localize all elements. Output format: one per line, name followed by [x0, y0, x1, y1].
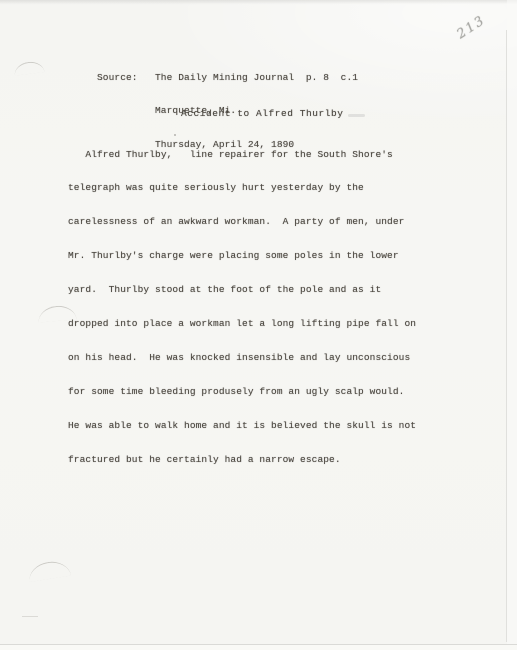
scan-top-edge-shade	[0, 0, 517, 4]
erased-text-smudge	[348, 114, 365, 117]
scan-right-edge-area	[507, 0, 517, 650]
body-line: Alfred Thurlby, line repairer for the So…	[68, 149, 416, 160]
body-line: He was able to walk home and it is belie…	[68, 420, 416, 431]
scan-bottom-edge-line	[0, 644, 517, 645]
body-line: on his head. He was knocked insensible a…	[68, 352, 416, 363]
pencil-smudge	[22, 616, 38, 617]
scan-right-edge-line	[506, 30, 507, 642]
article-body: Alfred Thurlby, line repairer for the So…	[68, 126, 416, 488]
body-line: Mr. Thurlby's charge were placing some p…	[68, 250, 416, 261]
article-title: Accident to Alfred Thurlby	[181, 108, 344, 119]
body-line: telegraph was quite seriously hurt yeste…	[68, 182, 416, 193]
scanned-document-page: 213 Source: The Daily Mining Journal p. …	[0, 0, 517, 650]
body-line: yard. Thurlby stood at the foot of the p…	[68, 284, 416, 295]
body-line: dropped into place a workman let a long …	[68, 318, 416, 329]
body-line: carelessness of an awkward workman. A pa…	[68, 216, 416, 227]
scan-bottom-edge-area	[0, 645, 517, 650]
body-line: for some time bleeding produsely from an…	[68, 386, 416, 397]
pencil-arc-mark	[13, 60, 44, 76]
source-line: Source: The Daily Mining Journal p. 8 c.…	[97, 72, 358, 83]
pencil-arc-mark	[27, 559, 71, 582]
handwritten-page-number: 213	[454, 13, 488, 42]
body-line: fractured but he certainly had a narrow …	[68, 454, 416, 465]
faint-typewriter-mark	[174, 134, 176, 136]
